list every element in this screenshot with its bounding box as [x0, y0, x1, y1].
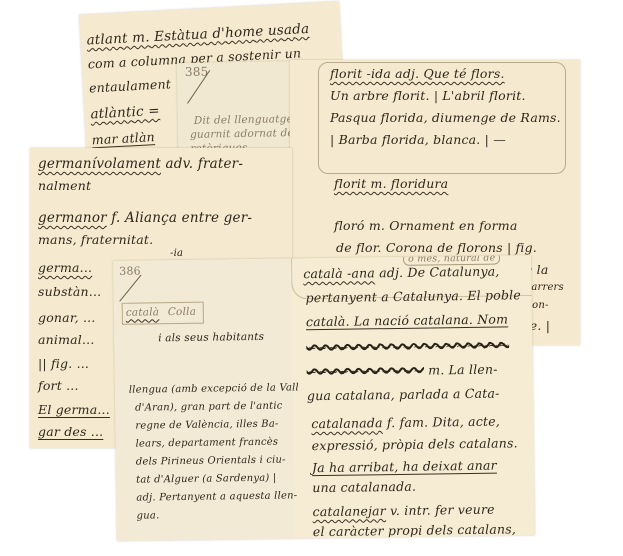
entry-line: || fig. ... — [38, 356, 89, 371]
tab-label-colla: Colla — [168, 306, 197, 318]
entry-line: pertanyent a Catalunya. El poble — [305, 287, 521, 305]
struck-line: ~~~~~~~~~~~~~~~~~~~ — [306, 337, 509, 355]
entry-line: germanor f. Aliança entre ger- — [38, 210, 252, 226]
left-line: llengua (amb excepció de la Vall — [129, 382, 299, 395]
entry-line: mans, fraternitat. — [38, 232, 153, 247]
left-line: lears, departament francès — [136, 437, 279, 450]
entry-line: nalment — [38, 178, 91, 193]
entry-line: català. La nació catalana. Nom — [306, 311, 508, 329]
left-line: d'Aran), gran part de l'antic — [135, 401, 283, 414]
entry-line: de flor. Corona de florons | fig. — [336, 240, 537, 255]
entry-line: Pasqua florida, diumenge de Rams. — [330, 110, 561, 125]
entry-line: Ja ha arribat, ha deixat anar — [312, 458, 497, 476]
entry-line: Un arbre florit. | L'abril florit. — [330, 88, 526, 103]
card-catala: 386 català Colla i als seus habitants ll… — [113, 255, 535, 541]
entry-line: gar des ... — [38, 424, 103, 439]
entry-line: català -ana adj. De Catalunya, — [303, 264, 499, 282]
entry-line: catalanada f. fam. Dita, acte, — [311, 414, 500, 432]
left-line: dels Pirineus Orientals i ciu- — [136, 455, 286, 468]
entry-line: una catalanada. — [312, 479, 416, 495]
pencil-note: Dit del llenguatge, estil, etc. — [194, 112, 305, 127]
entry-line: florit m. floridura — [334, 176, 448, 191]
entry-line: atlàntic = — [90, 103, 160, 123]
left-line: tat d'Alguer (a Sardenya) | — [136, 473, 276, 486]
pencil-line: i als seus habitants — [158, 331, 264, 344]
entry-line: catalanejar v. intr. fer veure — [312, 502, 494, 520]
entry-line: entaulament — [89, 76, 172, 95]
superscript: -ia — [170, 248, 183, 259]
entry-line: el caràcter propi dels catalans, — [313, 521, 516, 539]
entry-line: mar atlàn — [91, 129, 155, 147]
entry-line: florit -ida adj. Que té flors. — [330, 66, 505, 81]
entry-line: expressió, pròpia dels catalans. — [312, 435, 518, 453]
entry-line: germa... — [38, 260, 92, 275]
entry-line: | Barba florida, blanca. | — — [330, 132, 506, 147]
entry-line: substàn... — [38, 284, 101, 299]
entry-line: floró m. Ornament en forma — [334, 218, 518, 233]
left-line: gua. — [137, 510, 160, 521]
entry-line: germanívolament adv. frater- — [38, 156, 243, 172]
left-line: regne de València, illes Ba- — [135, 419, 278, 432]
entry-line: fort ... — [38, 378, 79, 393]
card-number: 386 — [119, 265, 141, 278]
entry-line: atlant m. Estàtua d'home usada — [86, 21, 310, 49]
entry-line: animal... — [38, 332, 95, 347]
entry-line: El germa... — [38, 402, 110, 417]
entry-line: gonar, ... — [38, 310, 96, 325]
tab-label-catala: català — [126, 306, 160, 318]
entry-line: gua catalana, parlada a Cata- — [307, 386, 500, 404]
pencil-note: guarnit adornat de gales — [190, 127, 304, 141]
entry-line: ~~~~~~~~~~~ m. La llen- — [307, 362, 498, 380]
left-line: adj. Pertanyent a aquesta llen- — [136, 490, 297, 503]
